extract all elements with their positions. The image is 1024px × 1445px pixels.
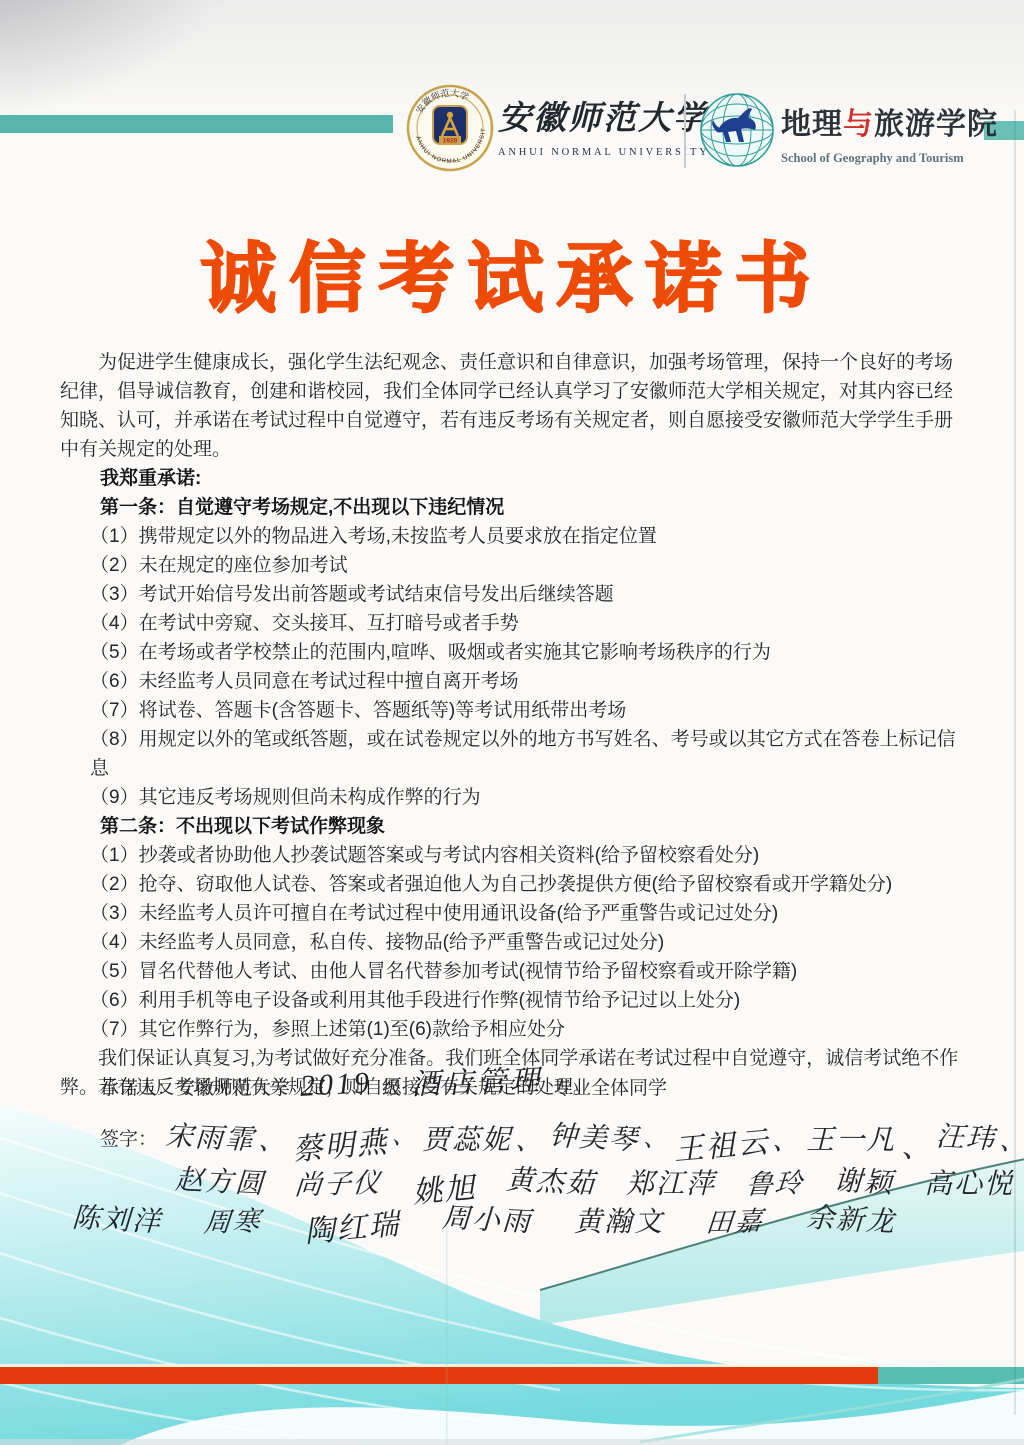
bottom-edge-strip bbox=[0, 1439, 1024, 1445]
header: 安徽师范大学 ANHUI NORMAL UNIVERSITY 1928 安徽师范… bbox=[0, 0, 1024, 200]
signature-separator: 、 bbox=[514, 1117, 546, 1157]
teal-accent-bar-right bbox=[878, 1367, 1024, 1384]
handwritten-major: 酒店管理 bbox=[410, 1058, 543, 1104]
signature-name: 黄瀚文 bbox=[574, 1200, 664, 1240]
red-accent-bar bbox=[0, 1367, 878, 1384]
red-accent-bar-highlight bbox=[0, 1364, 880, 1367]
rule-item: （3）未经监考人员许可擅自在考试过程中使用通讯设备(给予严重警告或记过处分) bbox=[60, 899, 966, 928]
signature-name: 周寒 bbox=[202, 1199, 263, 1240]
signature-name: 陈刘洋 bbox=[71, 1196, 163, 1241]
rule-item: （5）冒名代替他人考试、由他人冒名代替参加考试(视情节给予留校察看或开除学籍) bbox=[60, 957, 966, 986]
handwritten-year: 2019 bbox=[299, 1066, 373, 1104]
signature-name: 尚子仪 bbox=[293, 1160, 383, 1202]
header-divider bbox=[684, 94, 686, 168]
signature-name: 赵方圆 bbox=[174, 1158, 266, 1203]
rule-item: （8）用规定以外的笔或纸答题，或在试卷规定以外的地方书写姓名、考号或以其它方式在… bbox=[60, 725, 966, 783]
school-name-cn: 地理与旅游学院 bbox=[781, 99, 1011, 143]
signature-separator: 、 bbox=[898, 1120, 934, 1167]
rule-item: （1）抄袭或者协助他人抄袭试题答案或与考试内容相关资料(给予留校察看处分) bbox=[60, 841, 966, 870]
sign-label: 签字： bbox=[100, 1118, 157, 1151]
signature-name: 鲁玲 bbox=[744, 1161, 805, 1202]
pledge-heading: 我郑重承诺: bbox=[60, 464, 966, 493]
signature-separator: 、 bbox=[643, 1118, 669, 1153]
globe-horse-icon bbox=[699, 86, 775, 170]
signature-name: 谢颖 bbox=[833, 1158, 895, 1201]
signature-name: 高心悦 bbox=[924, 1162, 1014, 1202]
promiser-label: 承诺人：安徽师范大学 bbox=[100, 1073, 290, 1100]
signature-name: 王祖云 bbox=[672, 1117, 771, 1169]
rule-item: （2）抢夺、窃取他人试卷、答案或者强迫他人为自己抄袭提供方便(给予留校察看或开学… bbox=[60, 870, 966, 899]
signature-name: 宋雨霏 bbox=[164, 1114, 256, 1159]
signature-name: 王一凡 bbox=[806, 1118, 896, 1158]
document-body: 为促进学生健康成长，强化学生法纪观念、责任意识和自律意识，加强考场管理，保持一个… bbox=[60, 348, 966, 1102]
rule-item: （9）其它违反考场规则但尚未构成作弊的行为 bbox=[60, 783, 966, 812]
page-edge-line bbox=[1014, 110, 1016, 1415]
signature-separator: 、 bbox=[391, 1115, 419, 1151]
university-name-block: 安徽师范大学 ANHUI NORMAL UNIVERSITY bbox=[498, 92, 688, 158]
promiser-line: 承诺人：安徽师范大学 2019 级 酒店管理 专业全体同学 bbox=[60, 1062, 990, 1103]
intro-paragraph: 为促进学生健康成长，强化学生法纪观念、责任意识和自律意识，加强考场管理，保持一个… bbox=[60, 348, 966, 464]
rule-item: （6）利用手机等电子设备或利用其他手段进行作弊(视情节给予记过以上处分) bbox=[60, 986, 966, 1015]
signature-row-1: 宋雨霏、 蔡明燕、 贾蕊妮、 钟美琴、 王祖云、 王一凡、 汪玮、 张硕 bbox=[165, 1118, 1024, 1162]
university-name-en: ANHUI NORMAL UNIVERSITY bbox=[498, 147, 688, 158]
rule-item: （4）未经监考人员同意，私自传、接物品(给予严重警告或记过处分) bbox=[60, 928, 966, 957]
signature-separator: 、 bbox=[257, 1117, 289, 1157]
rule-item: （5）在考场或者学校禁止的范围内,喧哗、吸烟或者实施其它影响考场秩序的行为 bbox=[60, 638, 966, 667]
section2-heading: 第二条：不出现以下考试作弊现象 bbox=[60, 812, 966, 841]
rule-item: （4）在考试中旁窥、交头接耳、互打暗号或者手势 bbox=[60, 609, 966, 638]
signature-name: 汪玮 bbox=[935, 1114, 997, 1157]
rule-item: （3）考试开始信号发出前答题或考试结束信号发出后继续答题 bbox=[60, 580, 966, 609]
section1-heading: 第一条：自觉遵守考场规定,不出现以下违纪情况 bbox=[60, 493, 966, 522]
university-seal-icon: 安徽师范大学 ANHUI NORMAL UNIVERSITY 1928 bbox=[406, 84, 494, 172]
school-name-block: 地理与旅游学院 School of Geography and Tourism bbox=[781, 99, 1011, 166]
signature-separator: 、 bbox=[998, 1117, 1024, 1157]
scanned-document-page: 安徽师范大学 ANHUI NORMAL UNIVERSITY 1928 安徽师范… bbox=[0, 0, 1024, 1445]
rule-item: （1）携带规定以外的物品进入考场,未按监考人员要求放在指定位置 bbox=[60, 522, 966, 551]
signature-name: 郑江萍 bbox=[626, 1162, 716, 1202]
rule-item: （7）将试卷、答题卡(含答题卡、答题纸等)等考试用纸带出考场 bbox=[60, 696, 966, 725]
school-name-cn-1: 地理 bbox=[781, 108, 843, 141]
signature-name: 余新龙 bbox=[805, 1196, 897, 1241]
signature-block: 承诺人：安徽师范大学 2019 级 酒店管理 专业全体同学 签字： 宋雨霏、 蔡… bbox=[60, 1062, 990, 1244]
major-suffix: 专业全体同学 bbox=[553, 1073, 667, 1100]
school-name-cn-2: 与 bbox=[843, 108, 874, 141]
fold-line bbox=[446, 1220, 448, 1445]
rule-item: （2）未在规定的座位参加考试 bbox=[60, 551, 966, 580]
signature-separator: 、 bbox=[771, 1117, 803, 1157]
teal-accent-bar-left bbox=[0, 115, 393, 133]
rule-item: （7）其它作弊行为，参照上述第(1)至(6)款给予相应处分 bbox=[60, 1015, 966, 1044]
signature-name: 田嘉 bbox=[704, 1199, 765, 1240]
page-title: 诚信考试承诺书 bbox=[0, 218, 1024, 327]
grade-label: 级 bbox=[382, 1073, 401, 1100]
signature-row-1-wrap: 签字： 宋雨霏、 蔡明燕、 贾蕊妮、 钟美琴、 王祖云、 王一凡、 汪玮、 张硕 bbox=[60, 1118, 990, 1162]
school-name-cn-3: 旅游学院 bbox=[874, 108, 998, 141]
signature-row-3: 陈刘洋 周寒 陶红瑞 周小雨 黄瀚文 田嘉 余新龙 bbox=[72, 1200, 990, 1244]
university-name-cn: 安徽师范大学 bbox=[498, 92, 688, 139]
signature-name: 黄杰茹 bbox=[505, 1158, 597, 1203]
school-name-en: School of Geography and Tourism bbox=[781, 151, 1011, 166]
seal-year: 1928 bbox=[443, 138, 458, 145]
signature-name: 贾蕊妮 bbox=[422, 1118, 512, 1158]
signature-name: 周小雨 bbox=[441, 1196, 533, 1241]
signature-name: 钟美琴 bbox=[548, 1114, 640, 1159]
signature-name: 陶红瑞 bbox=[303, 1199, 402, 1251]
rule-item: （6）未经监考人员同意在考试过程中擅自离开考场 bbox=[60, 667, 966, 696]
